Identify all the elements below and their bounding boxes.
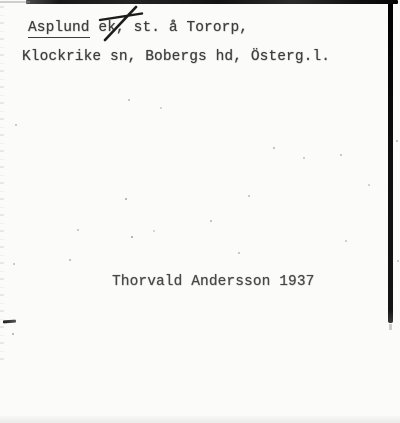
- card-headline-after: st. å Tororp,: [134, 20, 248, 36]
- card-name-underlined: Asplund: [28, 20, 90, 38]
- scan-right-edge-line: [388, 4, 393, 323]
- scan-right-edge-line-tail: [389, 324, 392, 330]
- scan-left-edge-noise: [0, 6, 4, 364]
- card-attribution: Thorvald Andersson 1937: [112, 275, 314, 290]
- scanned-index-card: Asplund ek, st. å Tororp, Klockrike sn, …: [0, 0, 400, 423]
- scan-bottom-edge: [0, 416, 400, 423]
- handwritten-cross-mark-icon: [98, 5, 146, 43]
- scan-top-edge-streak: [26, 0, 398, 4]
- paper-speckles: [0, 0, 2, 2]
- left-margin-dash-mark: [3, 320, 16, 324]
- card-location-line: Klockrike sn, Bobergs hd, Österg.l.: [22, 50, 330, 65]
- scan-top-edge-streak-faint: [0, 1, 30, 3]
